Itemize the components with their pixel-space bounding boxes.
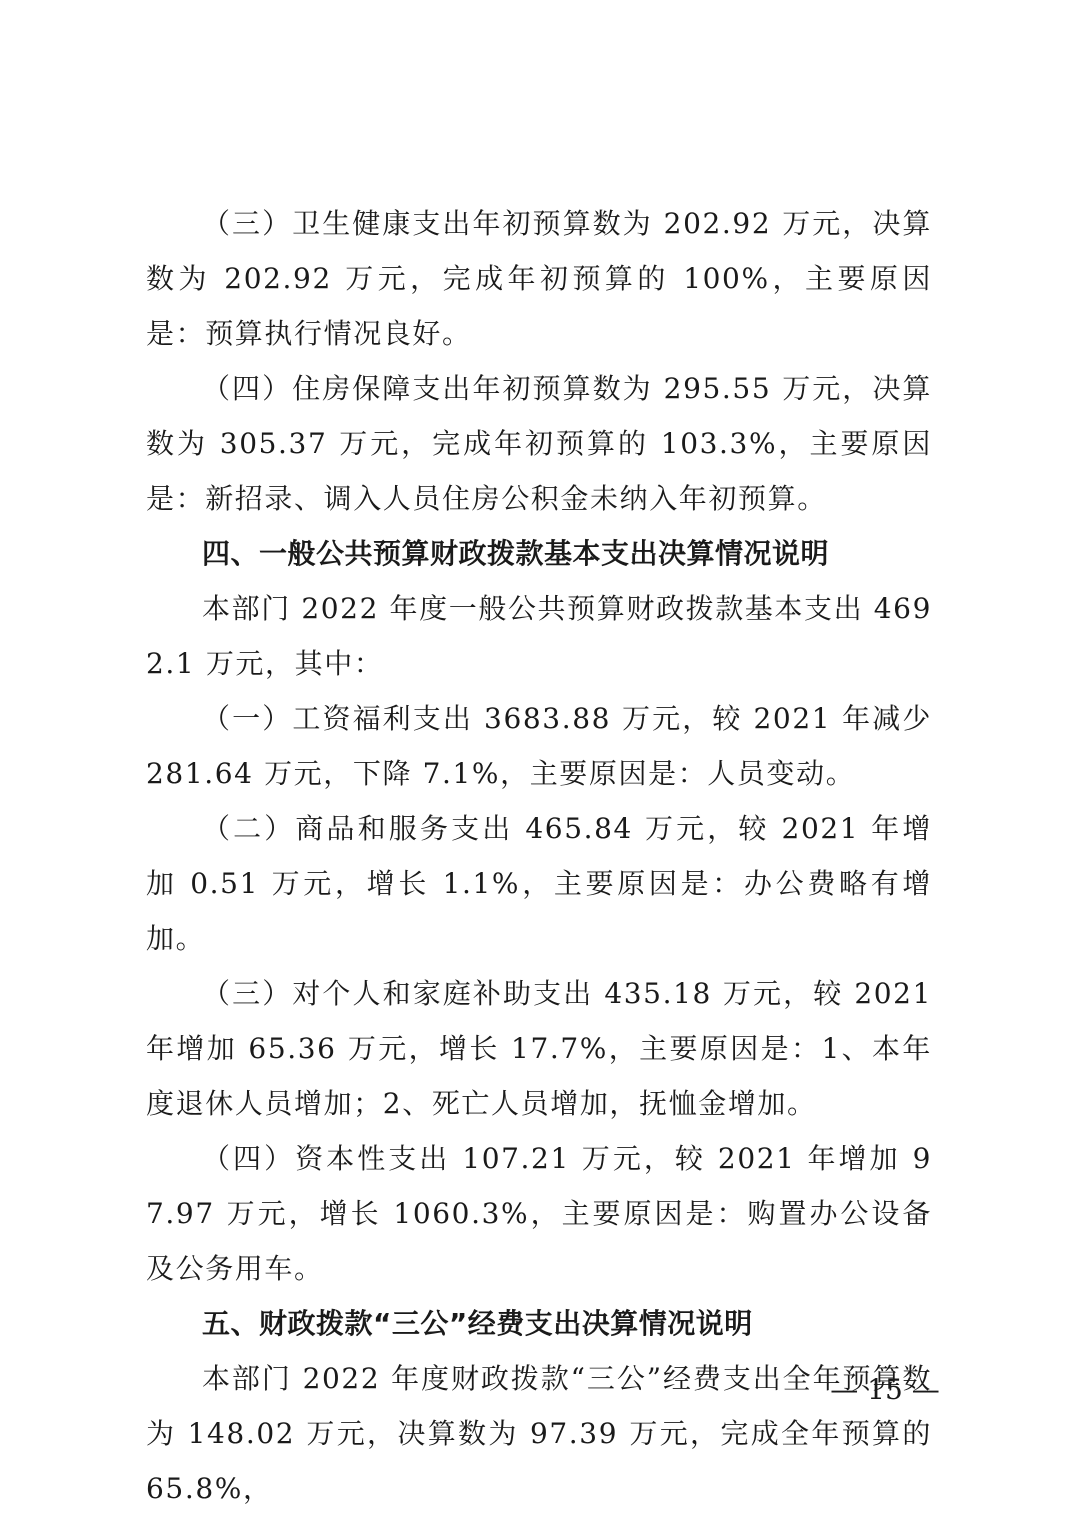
paragraph-basic-expenditure-summary: 本部门 2022 年度一般公共预算财政拨款基本支出 4692.1 万元，其中： xyxy=(146,581,932,691)
paragraph-housing-expenditure: （四）住房保障支出年初预算数为 295.55 万元，决算数为 305.37 万元… xyxy=(146,361,932,526)
paragraph-household-subsidies: （三）对个人和家庭补助支出 435.18 万元，较 2021 年增加 65.36… xyxy=(146,966,932,1131)
section-heading-5: 五、财政拨款“三公”经费支出决算情况说明 xyxy=(146,1296,932,1351)
paragraph-capital-expenditure: （四）资本性支出 107.21 万元，较 2021 年增加 97.97 万元，增… xyxy=(146,1131,932,1296)
document-page: （三）卫生健康支出年初预算数为 202.92 万元，决算数为 202.92 万元… xyxy=(146,196,932,1516)
paragraph-wages-welfare: （一）工资福利支出 3683.88 万元，较 2021 年减少 281.64 万… xyxy=(146,691,932,801)
paragraph-three-public-expenses: 本部门 2022 年度财政拨款“三公”经费支出全年预算数为 148.02 万元，… xyxy=(146,1351,932,1516)
paragraph-health-expenditure: （三）卫生健康支出年初预算数为 202.92 万元，决算数为 202.92 万元… xyxy=(146,196,932,361)
section-heading-4: 四、一般公共预算财政拨款基本支出决算情况说明 xyxy=(146,526,932,581)
paragraph-goods-services: （二）商品和服务支出 465.84 万元，较 2021 年增加 0.51 万元，… xyxy=(146,801,932,966)
page-number: — 15 — xyxy=(820,1372,950,1408)
